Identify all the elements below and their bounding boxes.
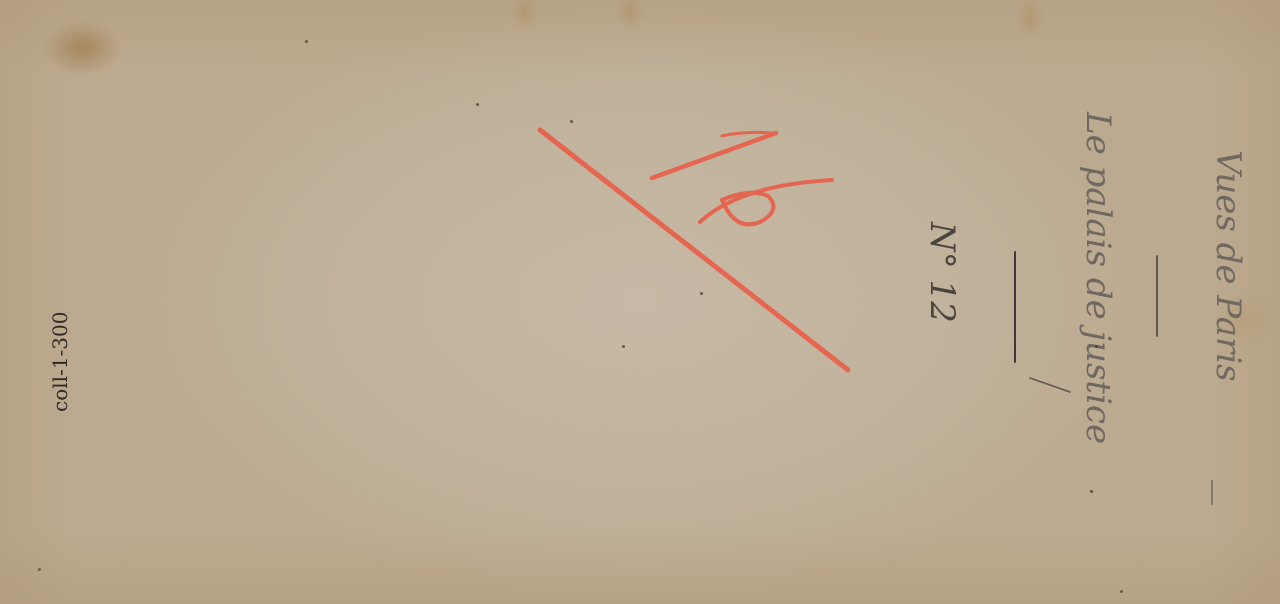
red-crayon-mark: 16 bbox=[0, 0, 1280, 604]
speck bbox=[305, 40, 308, 43]
speck bbox=[570, 120, 573, 123]
speck bbox=[38, 568, 41, 571]
speck bbox=[476, 103, 479, 106]
speck bbox=[1090, 490, 1093, 493]
speck bbox=[622, 345, 625, 348]
speck bbox=[1120, 590, 1123, 593]
red-number: 16 bbox=[0, 0, 2, 1]
paper-card: coll-1-300 Vues de Paris Le palais de ju… bbox=[0, 0, 1280, 604]
speck bbox=[700, 292, 703, 295]
speck bbox=[1095, 345, 1098, 348]
